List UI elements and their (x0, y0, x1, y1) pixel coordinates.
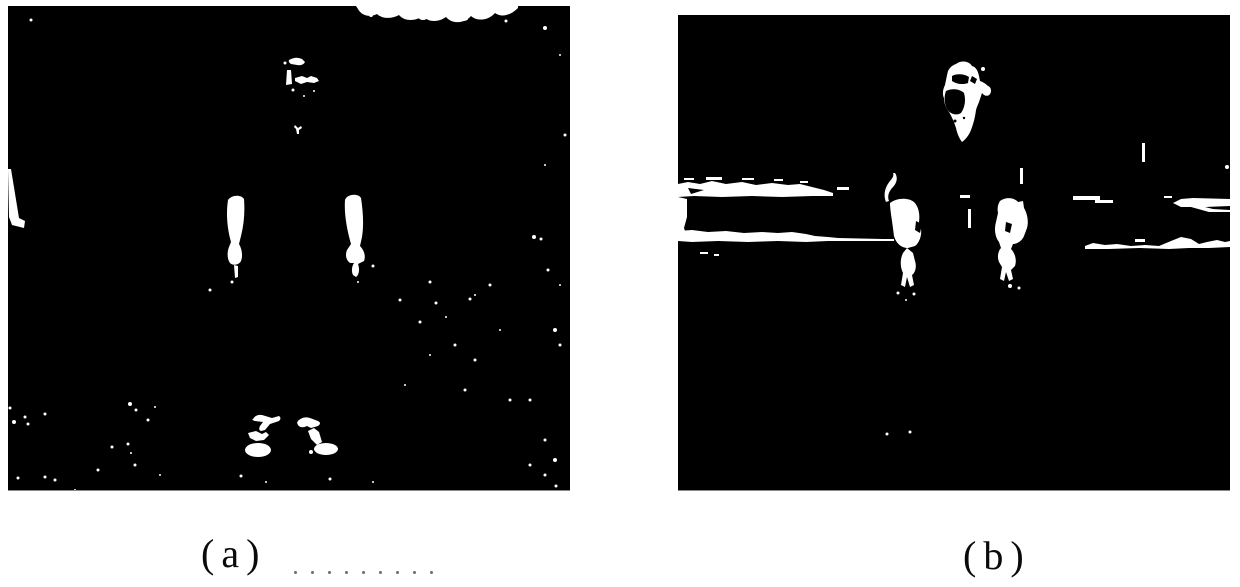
dot-artifact (379, 571, 382, 574)
dot-artifact (396, 571, 399, 574)
dot-artifact (311, 571, 314, 574)
dot-artifact (362, 571, 365, 574)
panel-a-caption: (a) (201, 534, 266, 574)
dot-artifact (345, 571, 348, 574)
dot-artifact (294, 571, 297, 574)
dot-artifact (430, 571, 433, 574)
panel-b-caption: (b) (963, 536, 1031, 576)
document-page: (a) (b) (0, 0, 1240, 587)
caption-a-dot-artifacts (294, 571, 433, 574)
dot-artifact (413, 571, 416, 574)
binary-mask-image-a (8, 6, 570, 491)
dot-artifact (328, 571, 331, 574)
vertical-post-artifact (1142, 143, 1145, 162)
binary-mask-image-b (678, 15, 1230, 491)
image-b-bottom-scan-edge (678, 490, 1230, 491)
image-a-bottom-scan-edge (8, 490, 570, 491)
